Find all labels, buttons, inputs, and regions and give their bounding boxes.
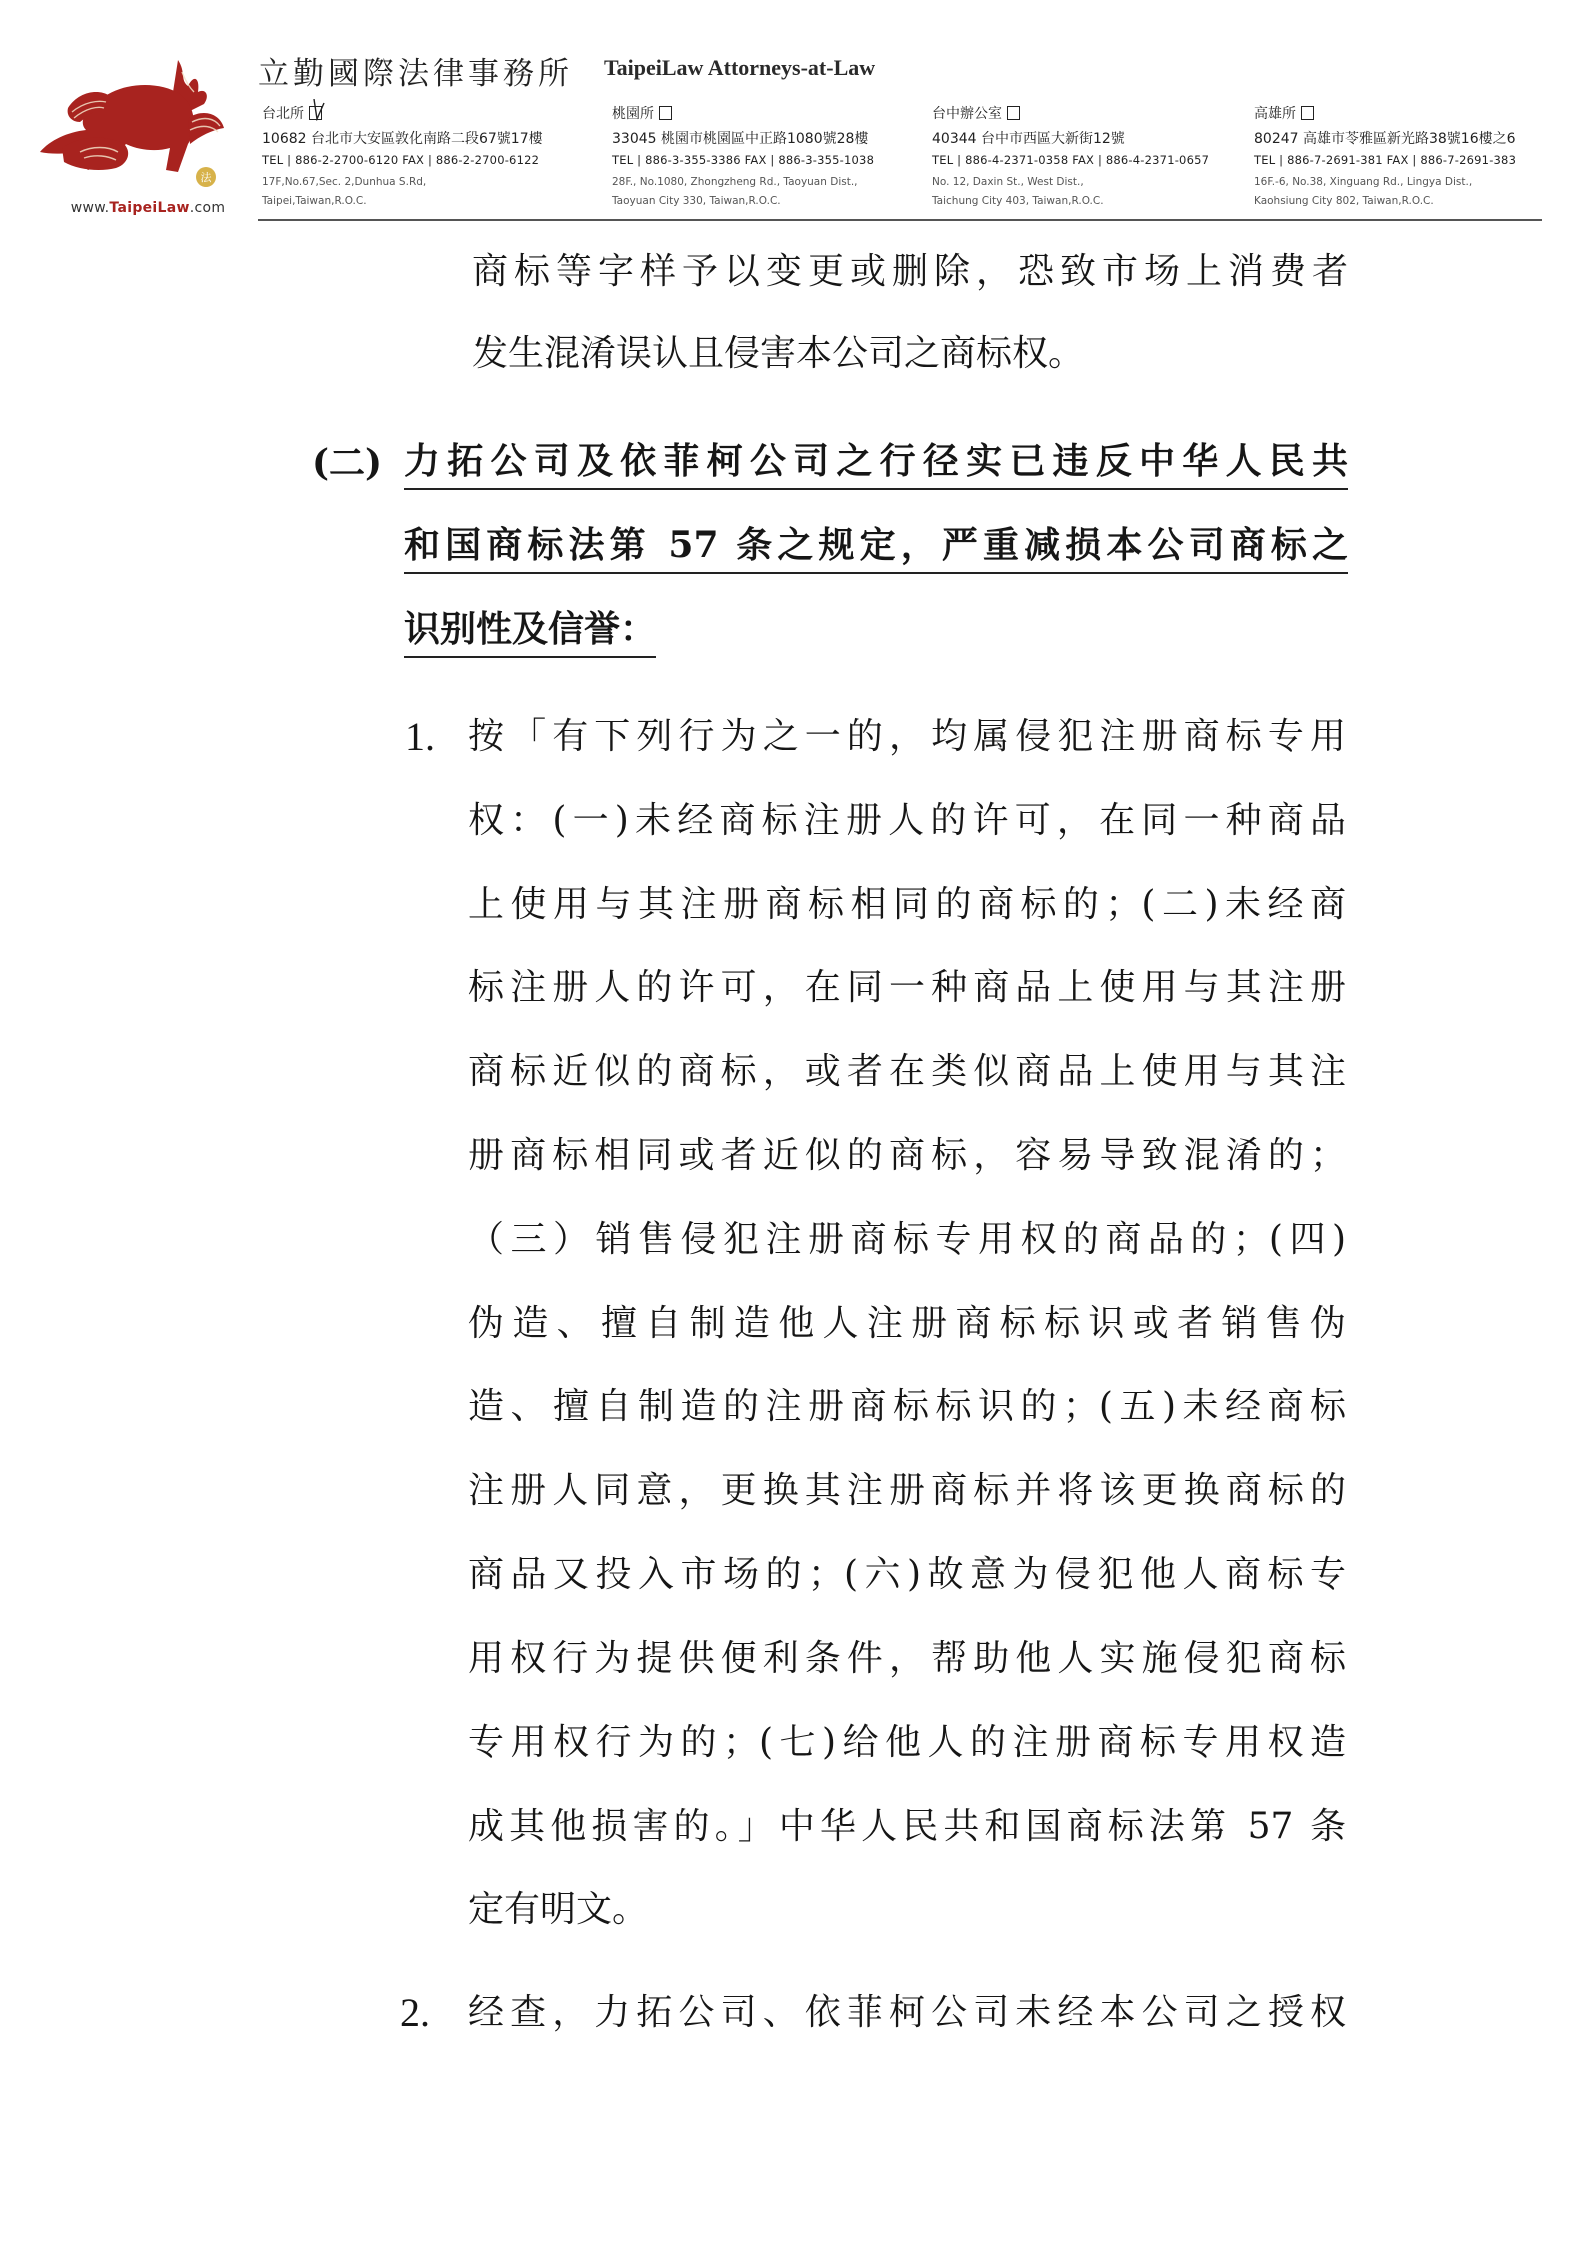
office-address-zh: 40344 台中市西區大新街12號: [932, 128, 1209, 150]
list-line: 上使用与其注册商标相同的商标的；(二)未经商: [468, 880, 1346, 930]
office-address-en-line1: No. 12, Daxin St., West Dist.,: [932, 173, 1209, 192]
website-brand: TaipeiLaw: [109, 200, 189, 216]
office-address-en-line2: Taichung City 403, Taiwan,R.O.C.: [932, 192, 1209, 211]
list-line: 成其他损害的。」中华人民共和国商标法第 57 条: [468, 1802, 1346, 1852]
office-kaohsiung: 高雄所 80247 高雄市苓雅區新光路38號16樓之6 TEL | 886-7-…: [1254, 102, 1516, 211]
list-line: 经查，力拓公司、依菲柯公司未经本公司之授权: [468, 1988, 1346, 2038]
list-line: 册商标相同或者近似的商标，容易导致混淆的；: [468, 1131, 1346, 1181]
office-address-zh: 10682 台北市大安區敦化南路二段67號17樓: [262, 128, 543, 150]
firm-name-english: TaipeiLaw Attorneys-at-Law: [604, 55, 875, 81]
firm-logo: 法 www.TaipeiLaw.com: [28, 52, 228, 227]
list-line: 专用权行为的；(七)给他人的注册商标专用权造: [468, 1718, 1346, 1768]
office-tel-fax: TEL | 886-3-355-3386 FAX | 886-3-355-103…: [612, 153, 874, 173]
list-line: 商标近似的商标，或者在类似商品上使用与其注: [468, 1047, 1346, 1097]
list-number: 2.: [400, 1988, 430, 2038]
office-address-en-line1: 28F., No.1080, Zhongzheng Rd., Taoyuan D…: [612, 173, 874, 192]
office-address-en-line1: 17F,No.67,Sec. 2,Dunhua S.Rd,: [262, 173, 543, 192]
office-label: 高雄所: [1254, 103, 1296, 123]
office-checkbox[interactable]: [659, 106, 672, 120]
office-address-zh: 33045 桃園市桃園區中正路1080號28樓: [612, 128, 874, 150]
office-taipei: 台北所 10682 台北市大安區敦化南路二段67號17樓 TEL | 886-2…: [262, 102, 543, 211]
office-address-en-line2: Taoyuan City 330, Taiwan,R.O.C.: [612, 192, 874, 211]
checkmark-icon: [310, 99, 326, 121]
svg-text:法: 法: [201, 170, 213, 184]
list-number: 1.: [405, 712, 435, 762]
list-line: 按「有下列行为之一的，均属侵犯注册商标专用: [468, 712, 1346, 762]
office-tel-fax: TEL | 886-7-2691-381 FAX | 886-7-2691-38…: [1254, 153, 1516, 173]
office-address-zh: 80247 高雄市苓雅區新光路38號16樓之6: [1254, 128, 1516, 150]
document-page: 法 www.TaipeiLaw.com 立勤國際法律事務所 TaipeiLaw …: [0, 0, 1587, 2244]
list-line: 造、擅自制造的注册商标标识的；(五)未经商标: [468, 1382, 1346, 1432]
office-address-en-line2: Taipei,Taiwan,R.O.C.: [262, 192, 543, 211]
office-checkbox-checked[interactable]: [309, 106, 322, 120]
list-line: 伪造、擅自制造他人注册商标标识或者销售伪: [468, 1299, 1346, 1349]
office-taoyuan: 桃園所 33045 桃園市桃園區中正路1080號28樓 TEL | 886-3-…: [612, 102, 874, 211]
list-line: 标注册人的许可，在同一种商品上使用与其注册: [468, 963, 1346, 1013]
office-label: 台中辦公室: [932, 103, 1002, 123]
paragraph-line: 商标等字样予以变更或删除，恐致市场上消费者: [472, 247, 1348, 297]
heading-line: 识别性及信誉：: [404, 606, 656, 658]
section-marker: (二): [312, 438, 382, 488]
office-checkbox[interactable]: [1301, 106, 1314, 120]
list-line: 用权行为提供便利条件，帮助他人实施侵犯商标: [468, 1634, 1346, 1684]
firm-website[interactable]: www.TaipeiLaw.com: [48, 200, 248, 216]
office-taichung: 台中辦公室 40344 台中市西區大新街12號 TEL | 886-4-2371…: [932, 102, 1209, 211]
list-line: 注册人同意，更换其注册商标并将该更换商标的: [468, 1466, 1346, 1516]
firm-name-chinese: 立勤國際法律事務所: [258, 48, 573, 93]
office-label: 桃園所: [612, 103, 654, 123]
office-tel-fax: TEL | 886-4-2371-0358 FAX | 886-4-2371-0…: [932, 153, 1209, 173]
office-address-en-line1: 16F.-6, No.38, Xinguang Rd., Lingya Dist…: [1254, 173, 1516, 192]
list-line: 定有明文。: [468, 1885, 648, 1935]
office-tel-fax: TEL | 886-2-2700-6120 FAX | 886-2-2700-6…: [262, 153, 543, 173]
office-address-en-line2: Kaohsiung City 802, Taiwan,R.O.C.: [1254, 192, 1516, 211]
header-divider: [258, 219, 1542, 221]
office-label: 台北所: [262, 103, 304, 123]
list-line: 商品又投入市场的；(六)故意为侵犯他人商标专: [468, 1550, 1346, 1600]
list-line: 权：(一)未经商标注册人的许可，在同一种商品: [468, 796, 1346, 846]
list-line: （三）销售侵犯注册商标专用权的商品的；(四): [468, 1215, 1346, 1265]
qilin-beast-logo-icon: 法: [28, 52, 228, 192]
office-checkbox[interactable]: [1007, 106, 1020, 120]
heading-line: 和国商标法第 57 条之规定，严重减损本公司商标之: [404, 522, 1348, 574]
paragraph-line: 发生混淆误认且侵害本公司之商标权。: [472, 329, 1084, 379]
heading-line: 力拓公司及依菲柯公司之行径实已违反中华人民共: [404, 438, 1348, 490]
